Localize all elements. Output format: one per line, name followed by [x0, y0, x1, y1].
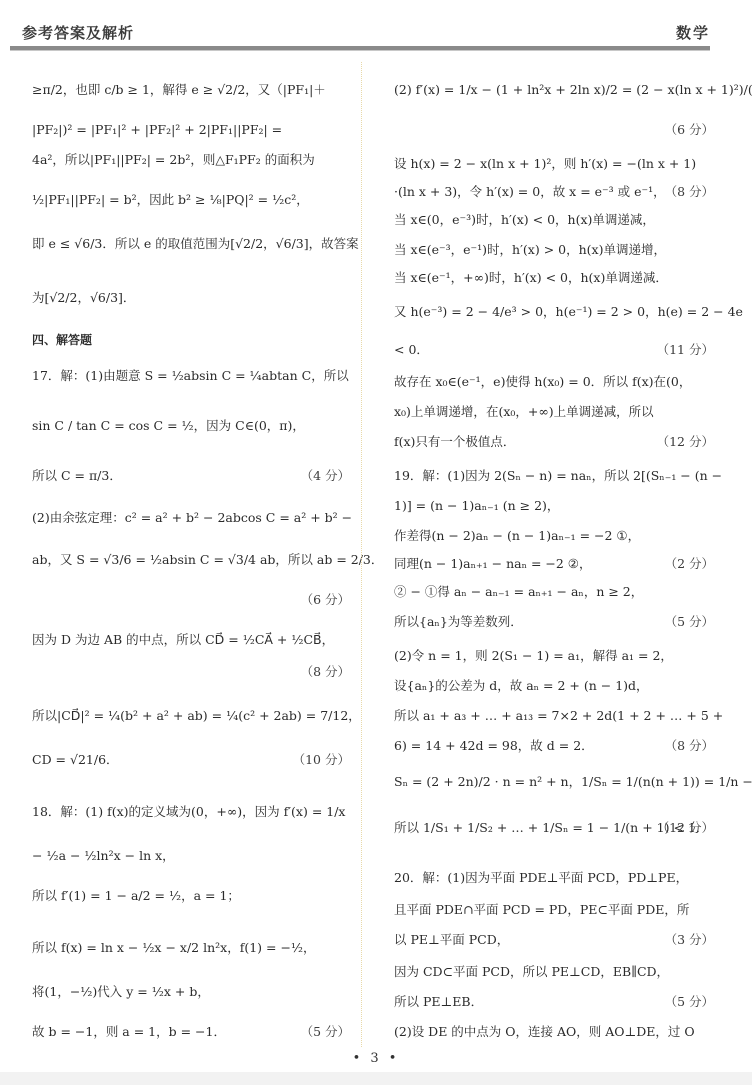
text-line: 且平面 PDE∩平面 PCD = PD，PE⊂平面 PDE，所: [394, 900, 689, 920]
text-line: − ½a − ½ln²x − ln x，: [32, 846, 175, 866]
text-line: 将(1，−½)代入 y = ½x + b，: [32, 982, 210, 1002]
text-line: 作差得(n − 2)aₙ − (n − 1)aₙ₋₁ = −2 ①，: [394, 526, 640, 546]
score-mark: （12 分）: [657, 818, 714, 838]
text-line: 当 x∈(0，e⁻³)时，h′(x) < 0，h(x)单调递减，: [394, 210, 655, 230]
text-line: ·(ln x + 3)，令 h′(x) = 0，故 x = e⁻³ 或 e⁻¹，: [394, 182, 666, 202]
score-mark: （5 分）: [665, 612, 714, 632]
text-line: 故 b = −1，则 a = 1，b = −1．: [32, 1022, 226, 1042]
score-mark: （6 分）: [301, 590, 350, 610]
text-line: 故存在 x₀∈(e⁻¹，e)使得 h(x₀) = 0．所以 f(x)在(0，: [394, 372, 691, 392]
text-line: ≥π/2，也即 c/b ≥ 1，解得 e ≥ √2/2，又（|PF₁|＋: [32, 80, 326, 100]
text-line: CD = √21/6．: [32, 750, 119, 770]
text-line: 1)] = (n − 1)aₙ₋₁ (n ≥ 2)，: [394, 496, 559, 516]
text-line: 18．解：(1) f(x)的定义域为(0，+∞)，因为 f′(x) = 1/x: [32, 802, 345, 822]
text-line: ② − ①得 aₙ − aₙ₋₁ = aₙ₊₁ − aₙ，n ≥ 2，: [394, 582, 643, 602]
footer-band: [0, 1072, 752, 1085]
text-line: 所以 f′(1) = 1 − a/2 = ½，a = 1；: [32, 886, 240, 906]
text-line: 即 e ≤ √6/3．所以 e 的取值范围为[√2/2，√6/3]，故答案: [32, 234, 359, 254]
text-line: 19．解：(1)因为 2(Sₙ − n) = naₙ，所以 2[(Sₙ₋₁ − …: [394, 466, 722, 486]
score-mark: （5 分）: [301, 1022, 350, 1042]
score-mark: （5 分）: [665, 992, 714, 1012]
text-line: 6) = 14 + 42d = 98，故 d = 2．: [394, 736, 594, 756]
text-line: 因为 D 为边 AB 的中点，所以 CD⃗ = ½CA⃗ + ½CB⃗，: [32, 630, 334, 650]
score-mark: （6 分）: [665, 120, 714, 140]
text-line: 当 x∈(e⁻¹，+∞)时，h′(x) < 0，h(x)单调递减．: [394, 268, 668, 288]
text-line: 4a²，所以|PF₁||PF₂| = 2b²，则△F₁PF₂ 的面积为: [32, 150, 315, 170]
score-mark: （8 分）: [665, 736, 714, 756]
text-line: 因为 CD⊂平面 PCD，所以 PE⊥CD，EB∥CD，: [394, 962, 669, 982]
text-line: (2) f′(x) = 1/x − (1 + ln²x + 2ln x)/2 =…: [394, 80, 752, 100]
text-line: 所以|CD⃗|² = ¼(b² + a² + ab) = ¼(c² + 2ab)…: [32, 706, 361, 726]
text-line: 20．解：(1)因为平面 PDE⊥平面 PCD，PD⊥PE，: [394, 868, 688, 888]
score-mark: （11 分）: [657, 340, 714, 360]
text-line: sin C / tan C = cos C = ½，因为 C∈(0，π)，: [32, 416, 305, 436]
score-mark: （10 分）: [293, 750, 350, 770]
text-line: 又 h(e⁻³) = 2 − 4/e³ > 0，h(e⁻¹) = 2 > 0，h…: [394, 302, 743, 322]
header-subject: 数学: [676, 22, 710, 43]
text-line: 当 x∈(e⁻³，e⁻¹)时，h′(x) > 0，h(x)单调递增，: [394, 240, 666, 260]
text-line: (2)令 n = 1，则 2(S₁ − 1) = a₁，解得 a₁ = 2，: [394, 646, 673, 666]
text-line: f(x)只有一个极值点．: [394, 432, 515, 452]
section-heading: 四、解答题: [32, 330, 92, 350]
score-mark: （8 分）: [301, 662, 350, 682]
text-line: 设{aₙ}的公差为 d，故 aₙ = 2 + (n − 1)d，: [394, 676, 649, 696]
text-line: 所以 a₁ + a₃ + … + a₁₃ = 7×2 + 2d(1 + 2 + …: [394, 706, 723, 726]
score-mark: （3 分）: [665, 930, 714, 950]
page-number: • 3 •: [0, 1051, 752, 1066]
text-line: 所以 C = π/3．: [32, 466, 122, 486]
text-line: |PF₂|)² = |PF₁|² + |PF₂|² + 2|PF₁||PF₂| …: [32, 120, 282, 140]
text-line: 同理(n − 1)aₙ₊₁ − naₙ = −2 ②，: [394, 554, 592, 574]
text-line: x₀)上单调递增，在(x₀，+∞)上单调递减，所以: [394, 402, 654, 422]
text-line: ½|PF₁||PF₂| = b²，因此 b² ≥ ⅛|PQ|² = ½c²，: [32, 190, 309, 210]
text-line: 为[√2/2，√6/3]．: [32, 288, 135, 308]
text-line: 17．解：(1)由题意 S = ½absin C = ¼abtan C，所以: [32, 366, 349, 386]
text-line: 设 h(x) = 2 − x(ln x + 1)²，则 h′(x) = −(ln…: [394, 154, 696, 174]
text-line: 所以 PE⊥EB．: [394, 992, 483, 1012]
text-line: 以 PE⊥平面 PCD，: [394, 930, 509, 950]
page-header: 参考答案及解析 数学: [14, 18, 710, 48]
text-line: ab，又 S = √3/6 = ½absin C = √3/4 ab，所以 ab…: [32, 550, 383, 570]
text-line: 所以 f(x) = ln x − ½x − x/2 ln²x，f(1) = −½…: [32, 938, 316, 958]
score-mark: （12 分）: [657, 432, 714, 452]
text-line: (2)设 DE 的中点为 O，连接 AO，则 AO⊥DE，过 O: [394, 1022, 695, 1042]
header-title: 参考答案及解析: [22, 22, 134, 43]
score-mark: （4 分）: [301, 466, 350, 486]
column-divider: [361, 62, 362, 1047]
score-mark: （2 分）: [665, 554, 714, 574]
text-line: (2)由余弦定理：c² = a² + b² − 2abcos C = a² + …: [32, 508, 352, 528]
text-line: Sₙ = (2 + 2n)/2 · n = n² + n，1/Sₙ = 1/(n…: [394, 772, 752, 792]
score-mark: （8 分）: [665, 182, 714, 202]
header-rule: [10, 46, 710, 51]
text-line: 所以{aₙ}为等差数列．: [394, 612, 523, 632]
text-line: < 0．: [394, 340, 429, 360]
